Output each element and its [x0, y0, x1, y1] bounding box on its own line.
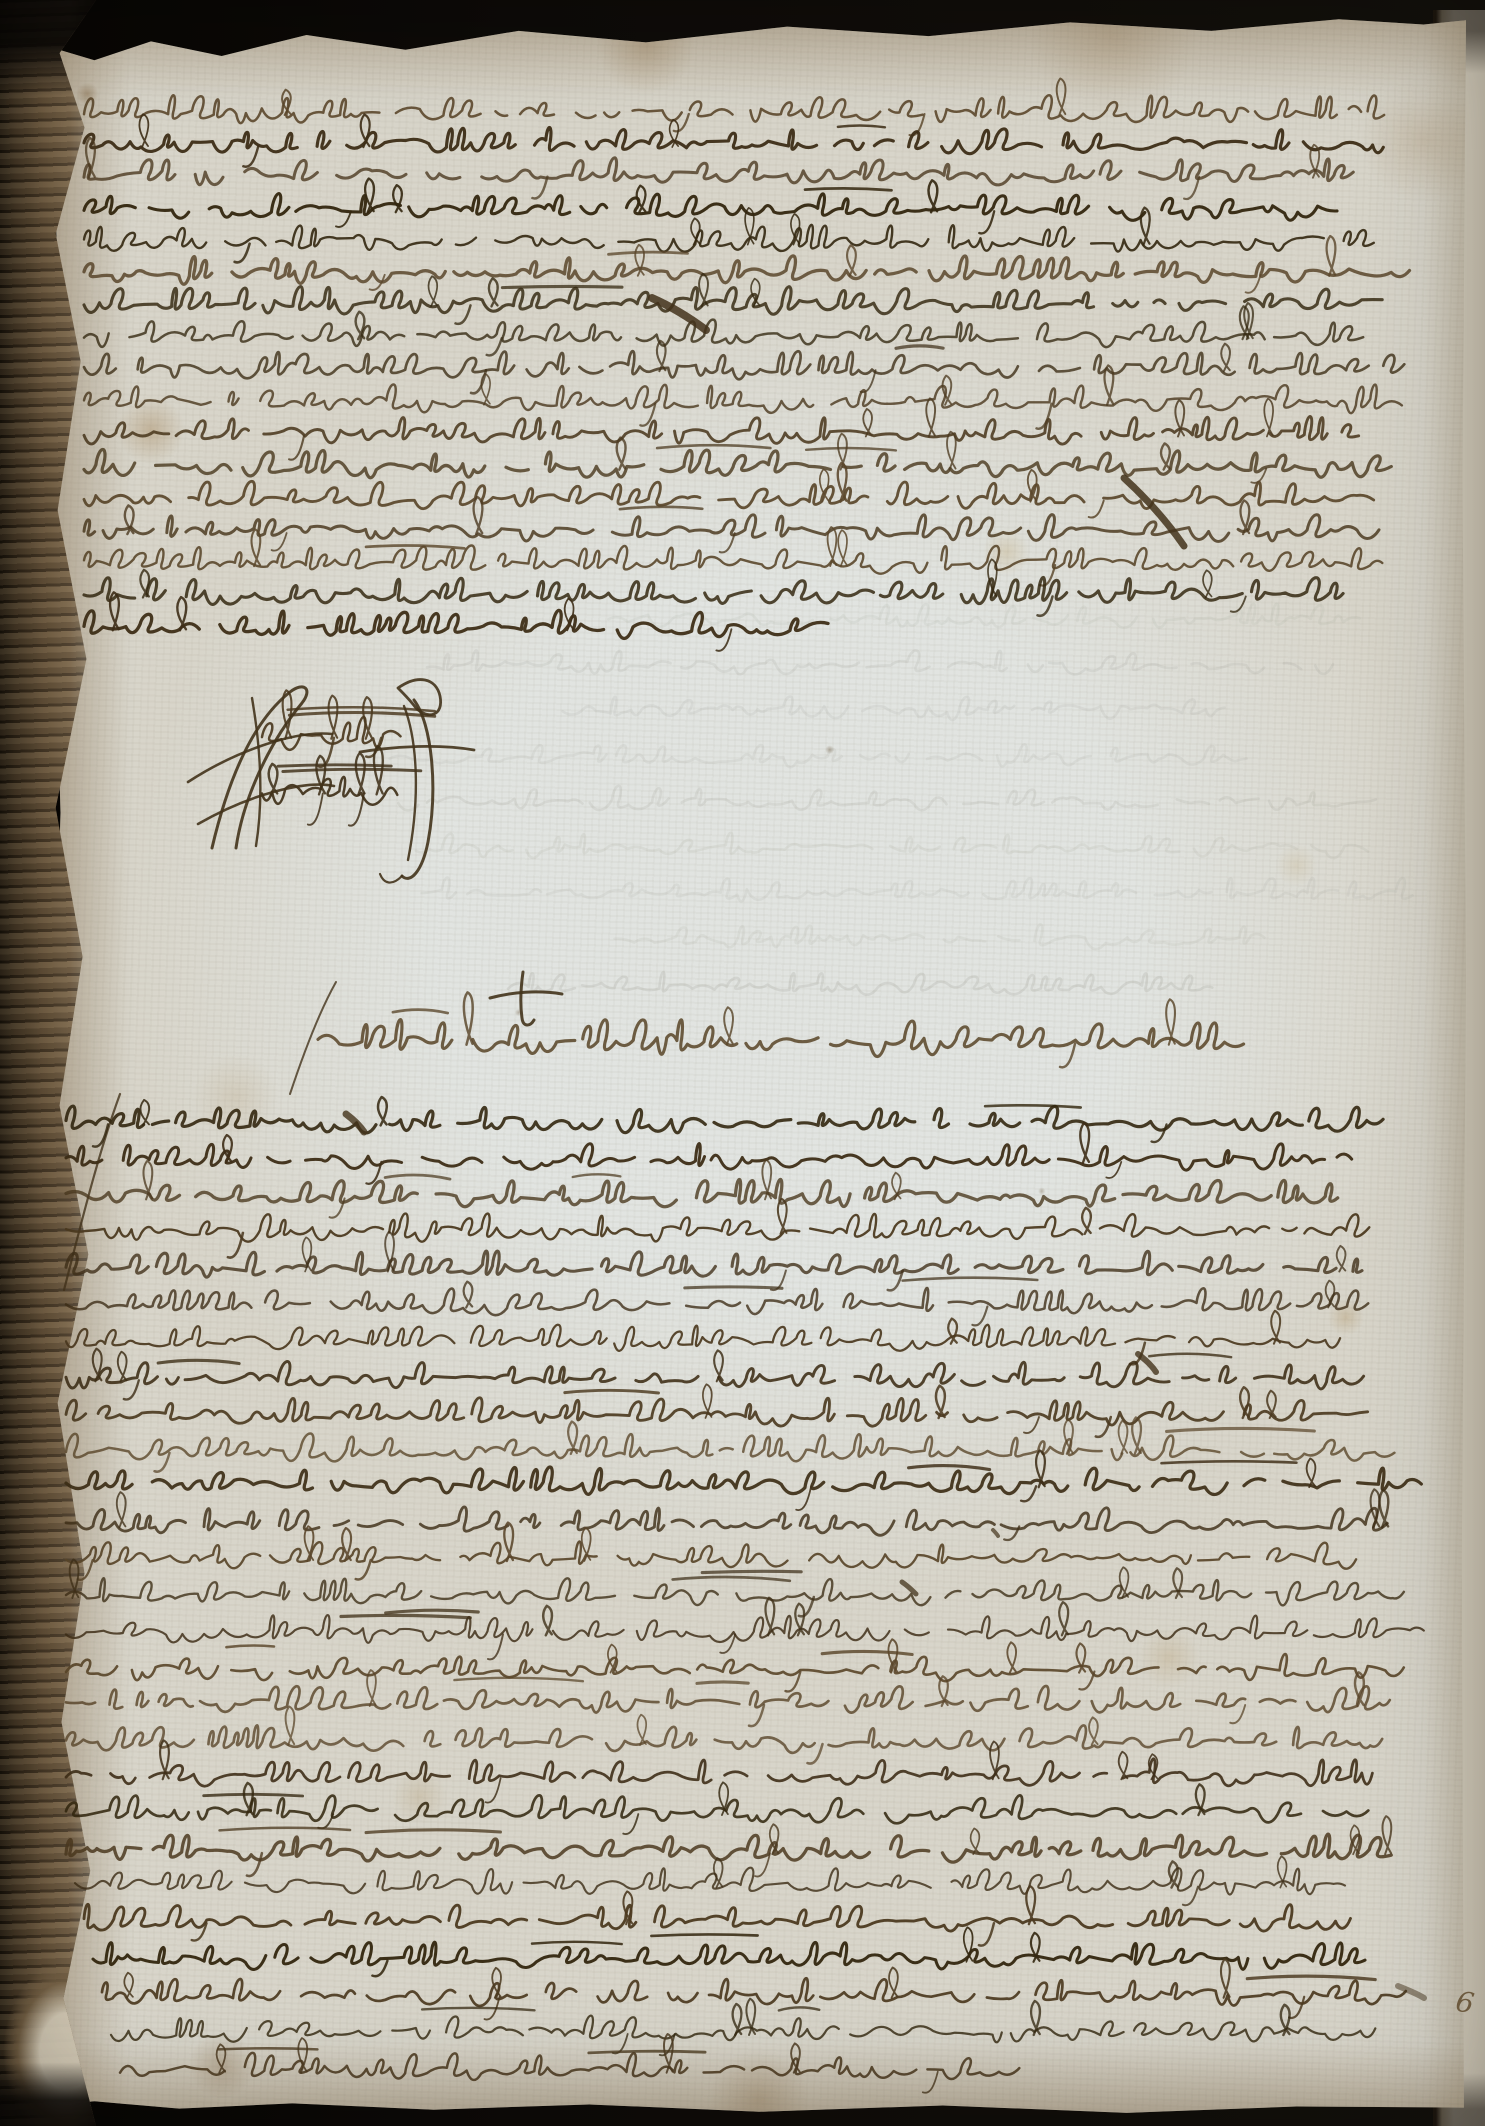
ghost-showthrough-text [390, 604, 1426, 995]
heading-line [318, 992, 1244, 1067]
upper-text-block [84, 79, 1410, 651]
lower-text-block [66, 1097, 1424, 2093]
manuscript-scan: 6 [0, 0, 1485, 2126]
handwriting-layer [0, 0, 1485, 2126]
heading-cross-mark [490, 972, 562, 1025]
